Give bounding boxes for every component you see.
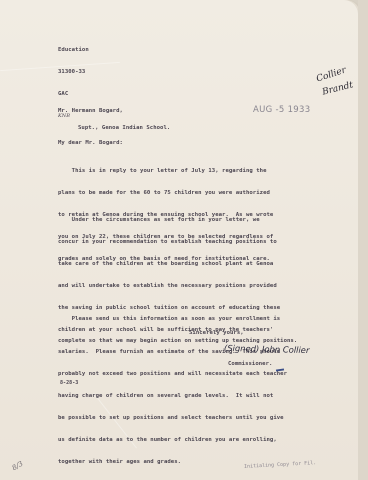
paragraph-line: be possible to set up positions and sele… xyxy=(58,415,287,422)
paper-edge xyxy=(358,0,368,480)
paragraph-line: Under the circumstances as set forth in … xyxy=(58,217,287,224)
typist-reference: 8-28-3 xyxy=(60,380,78,387)
addressee: Mr. Hermann Bogard, xyxy=(58,108,123,115)
addressee-title: Supt., Genoa Indian School. xyxy=(78,125,170,132)
header-reference-block: Education 31300-33 GAC KNB xyxy=(58,32,89,135)
handwritten-note-brandt: Brandt xyxy=(321,80,354,97)
paragraph-line: take care of the children at the boardin… xyxy=(58,261,287,268)
paragraph-line: This is in reply to your letter of July … xyxy=(58,168,273,175)
paragraph-line: probably not exceed two positions and wi… xyxy=(58,371,287,378)
header-ref-line: Education xyxy=(58,47,89,54)
letter-page: Education 31300-33 GAC KNB Collier Brand… xyxy=(0,0,358,480)
closing: Sincerely yours, xyxy=(189,330,244,337)
date-stamp: AUG -5 1933 xyxy=(253,105,310,115)
paragraph-line: having charge of children on several gra… xyxy=(58,393,287,400)
paragraph-line: Please send us this information as soon … xyxy=(58,316,297,323)
header-ref-line: 31300-33 xyxy=(58,69,89,76)
header-ref-line: GAC xyxy=(58,91,89,98)
margin-mark: 8/3 xyxy=(11,460,25,473)
paragraph-line: and will undertake to establish the nece… xyxy=(58,283,287,290)
paragraph-line: plans to be made for the 60 to 75 childr… xyxy=(58,190,273,197)
salutation: My dear Mr. Bogard: xyxy=(58,140,123,147)
paragraph-line: us definite data as to the number of chi… xyxy=(58,437,287,444)
signer-title: Commissioner. xyxy=(228,361,272,368)
paragraph-line: concur in your recommendation to establi… xyxy=(58,239,287,246)
